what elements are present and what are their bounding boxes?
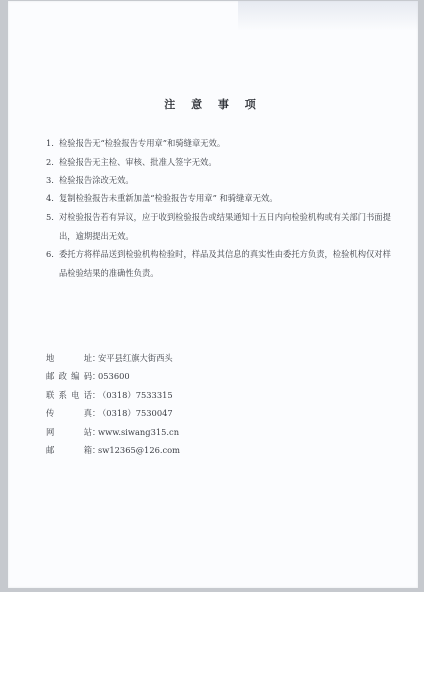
notice-text: 复制检验报告未重新加盖“检验报告专用章” 和骑缝章无效。 — [59, 189, 396, 208]
page-title: 注 意 事 项 — [8, 96, 418, 112]
notice-number: 5. — [46, 208, 58, 227]
contact-value: （0318）7533315 — [98, 390, 173, 400]
contact-label: 网站 — [46, 423, 92, 442]
notice-item-4: 4. 复制检验报告未重新加盖“检验报告专用章” 和骑缝章无效。 — [46, 189, 396, 208]
contact-label: 传真 — [46, 404, 92, 423]
notice-item-5: 5. 对检验报告若有异议，应于收到检验报告或结果通知十五日内向检验机构或有关部门… — [46, 208, 396, 245]
contact-label: 邮箱 — [46, 441, 92, 460]
notice-text: 检验报告涂改无效。 — [59, 171, 396, 190]
notice-number: 1. — [46, 134, 58, 153]
contact-website: 网站：www.siwang315.cn — [46, 423, 179, 442]
contact-value: 安平县红旗大街西头 — [98, 353, 173, 363]
contact-label: 邮政编码 — [46, 367, 92, 386]
notice-item-6: 6. 委托方将样品送到检验机构检验时，样品及其信息的真实性由委托方负责，检验机构… — [46, 245, 396, 282]
contact-label: 联系电话 — [46, 386, 92, 405]
contact-value: 053600 — [98, 371, 130, 381]
notice-number: 4. — [46, 189, 58, 208]
notice-text: 检验报告无“检验报告专用章”和骑缝章无效。 — [59, 134, 396, 153]
notice-number: 6. — [46, 245, 58, 264]
contact-label: 地址 — [46, 349, 92, 368]
contact-value: www.siwang315.cn — [98, 427, 179, 437]
document-page: 注 意 事 项 1. 检验报告无“检验报告专用章”和骑缝章无效。 2. 检验报告… — [8, 1, 418, 588]
contact-address: 地址：安平县红旗大街西头 — [46, 349, 173, 368]
contact-value: （0318）7530047 — [98, 408, 173, 418]
notice-number: 3. — [46, 171, 58, 190]
notice-item-1: 1. 检验报告无“检验报告专用章”和骑缝章无效。 — [46, 134, 396, 153]
contact-value: sw12365@126.com — [98, 445, 180, 455]
notice-item-3: 3. 检验报告涂改无效。 — [46, 171, 396, 190]
notice-text: 检验报告无主检、审核、批准人签字无效。 — [59, 153, 396, 172]
notice-text: 对检验报告若有异议，应于收到检验报告或结果通知十五日内向检验机构或有关部门书面提… — [59, 208, 396, 245]
notice-number: 2. — [46, 153, 58, 172]
contact-email: 邮箱：sw12365@126.com — [46, 441, 180, 460]
scan-shadow — [238, 1, 418, 31]
notice-item-2: 2. 检验报告无主检、审核、批准人签字无效。 — [46, 153, 396, 172]
scan-frame: 注 意 事 项 1. 检验报告无“检验报告专用章”和骑缝章无效。 2. 检验报告… — [0, 0, 424, 592]
contact-postcode: 邮政编码：053600 — [46, 367, 130, 386]
notice-text: 委托方将样品送到检验机构检验时，样品及其信息的真实性由委托方负责，检验机构仅对样… — [59, 245, 396, 282]
contact-phone: 联系电话：（0318）7533315 — [46, 386, 173, 405]
contact-fax: 传真：（0318）7530047 — [46, 404, 173, 423]
